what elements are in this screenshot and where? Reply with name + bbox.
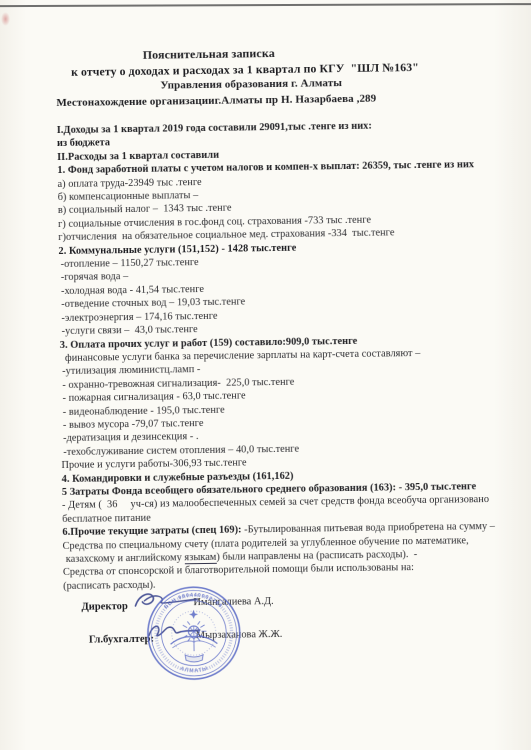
banner-icon <box>185 655 203 662</box>
kazakhstan-emblem-icon <box>170 609 218 662</box>
star-icon <box>189 610 198 619</box>
stamp-seal-icon: БСН 980440002788 АЛМАТЫ <box>139 578 248 687</box>
official-stamp: БСН 980440002788 АЛМАТЫ <box>139 578 248 687</box>
signature-row-director: Директор Имангалиева А.Д. <box>81 596 128 615</box>
document-scan: Пояснительная запискак отчету о доходах … <box>0 0 531 750</box>
stamp-city-text: АЛМАТЫ <box>180 665 209 674</box>
director-label: Директор <box>81 601 127 613</box>
document-body: I.Доходы за 1 квартал 2019 года составил… <box>57 118 529 594</box>
scanned-document-page: { "page": { "kind": "scanned explanatory… <box>0 0 531 750</box>
document-header: Пояснительная запискак отчету о доходах … <box>51 44 452 112</box>
